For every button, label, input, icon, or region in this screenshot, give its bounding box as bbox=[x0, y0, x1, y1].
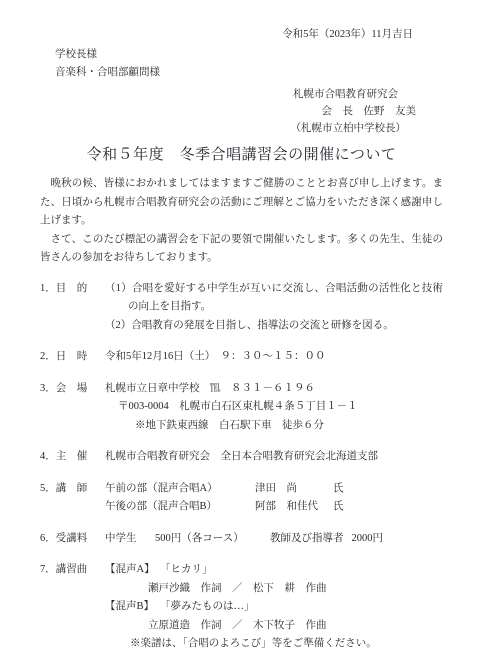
item-organizer-value: 札幌市合唱教育研究会 全日本合唱教育研究会北海道支部 bbox=[105, 448, 443, 467]
item-venue-label: 3．会 場 bbox=[40, 380, 105, 436]
lecturer-name: 阿部 和佳代 bbox=[255, 498, 333, 517]
lecturer-row-morning: 午前の部（混声合唱A） 津田 尚 氏 bbox=[105, 480, 443, 499]
greeting-paragraph-1: 晩秋の候、皆様におかれましてはますますご健勝のこととお喜び申し上げます。また、日… bbox=[40, 175, 443, 231]
lecturer-honorific: 氏 bbox=[333, 480, 344, 499]
piece-group: 【混声B】 bbox=[105, 598, 160, 617]
lecturer-honorific: 氏 bbox=[333, 498, 344, 517]
piece-title: 「夢みたものは…」 bbox=[160, 598, 255, 617]
item-repertoire: 7．講習曲 【混声A】 「ヒカリ」 瀬戸沙織 作詞 ／ 松下 耕 作曲 【混声B… bbox=[40, 561, 443, 650]
venue-address: 〒003-0004 札幌市白石区東札幌４条５丁目１－１ bbox=[118, 398, 443, 417]
item-organizer: 4．主 催 札幌市合唱教育研究会 全日本合唱教育研究会北海道支部 bbox=[40, 448, 443, 467]
item-repertoire-body: 【混声A】 「ヒカリ」 瀬戸沙織 作詞 ／ 松下 耕 作曲 【混声B】 「夢みた… bbox=[105, 561, 443, 650]
item-lecturers-body: 午前の部（混声合唱A） 津田 尚 氏 午後の部（混声合唱B） 阿部 和佳代 氏 bbox=[105, 480, 443, 517]
item-purpose-label: 1．目 的 bbox=[40, 280, 105, 336]
fee-teacher-label: 教師及び指導者 bbox=[270, 530, 344, 549]
fee-student-label: 中学生 bbox=[105, 530, 155, 549]
piece-row-mixed-b: 【混声B】 「夢みたものは…」 bbox=[105, 598, 443, 617]
piece-row-mixed-a: 【混声A】 「ヒカリ」 bbox=[105, 561, 443, 580]
addressee-music-advisor: 音楽科・合唱部顧問様 bbox=[55, 64, 443, 82]
item-purpose-body: （1）合唱を愛好する中学生が互いに交流し、合唱活動の活性化と技術の向上を目指す。… bbox=[105, 280, 443, 336]
document-page: 令和5年（2023年）11月吉日 学校長様 音楽科・合唱部顧問様 札幌市合唱教育… bbox=[0, 0, 480, 650]
purpose-point-2: （2）合唱教育の発展を目指し、指導法の交流と研修を図る。 bbox=[105, 317, 443, 336]
lecturer-session: 午前の部（混声合唱A） bbox=[105, 480, 255, 499]
greeting-paragraph-2: さて、このたび標記の講習会を下記の要領で開催いたします。多くの先生、生徒の皆さん… bbox=[40, 231, 443, 268]
document-title: 令和５年度 冬季合唱講習会の開催について bbox=[40, 145, 443, 165]
item-datetime-label: 2．日 時 bbox=[40, 348, 105, 367]
fee-teacher-amount: 2000円 bbox=[352, 530, 384, 549]
addressee-principal: 学校長様 bbox=[55, 46, 443, 64]
venue-name: 札幌市立日章中学校 ℡ ８３１－６１９６ bbox=[105, 380, 443, 399]
piece-credits: 立原道造 作詞 ／ 木下牧子 作曲 bbox=[148, 617, 443, 636]
addressee-block: 学校長様 音楽科・合唱部顧問様 bbox=[55, 46, 443, 82]
item-repertoire-label: 7．講習曲 bbox=[40, 561, 105, 650]
item-venue-body: 札幌市立日章中学校 ℡ ８３１－６１９６ 〒003-0004 札幌市白石区東札幌… bbox=[105, 380, 443, 436]
piece-group: 【混声A】 bbox=[105, 561, 160, 580]
sender-president-title: （札幌市立柏中学校長） bbox=[40, 120, 406, 137]
venue-access-note: ※地下鉄東西線 白石駅下車 徒歩６分 bbox=[135, 417, 443, 436]
score-preparation-note: ※楽譜は、「合唱のよろこび」等をご準備ください。 bbox=[130, 635, 443, 650]
item-venue: 3．会 場 札幌市立日章中学校 ℡ ８３１－６１９６ 〒003-0004 札幌市… bbox=[40, 380, 443, 436]
item-datetime: 2．日 時 令和5年12月16日（土） ９：３０～１５：００ bbox=[40, 348, 443, 367]
lecturer-name: 津田 尚 bbox=[255, 480, 333, 499]
item-lecturers-label: 5．講 師 bbox=[40, 480, 105, 517]
sender-organization: 札幌市合唱教育研究会 bbox=[40, 86, 398, 103]
fee-student-amount: 500円（各コース） bbox=[155, 530, 270, 549]
lecturer-row-afternoon: 午後の部（混声合唱B） 阿部 和佳代 氏 bbox=[105, 498, 443, 517]
sender-president: 会 長 佐野 友美 bbox=[40, 103, 416, 120]
item-organizer-label: 4．主 催 bbox=[40, 448, 105, 467]
item-datetime-value: 令和5年12月16日（土） ９：３０～１５：００ bbox=[105, 348, 443, 367]
piece-credits: 瀬戸沙織 作詞 ／ 松下 耕 作曲 bbox=[148, 580, 443, 599]
item-fee-label: 6．受講料 bbox=[40, 530, 105, 549]
sender-block: 札幌市合唱教育研究会 会 長 佐野 友美 （札幌市立柏中学校長） bbox=[40, 86, 443, 137]
item-purpose: 1．目 的 （1）合唱を愛好する中学生が互いに交流し、合唱活動の活性化と技術の向… bbox=[40, 280, 443, 336]
lecturer-session: 午後の部（混声合唱B） bbox=[105, 498, 255, 517]
item-fee-body: 中学生 500円（各コース） 教師及び指導者 2000円 bbox=[105, 530, 443, 549]
purpose-point-1: （1）合唱を愛好する中学生が互いに交流し、合唱活動の活性化と技術の向上を目指す。 bbox=[105, 280, 443, 317]
document-date: 令和5年（2023年）11月吉日 bbox=[40, 26, 413, 44]
item-lecturers: 5．講 師 午前の部（混声合唱A） 津田 尚 氏 午後の部（混声合唱B） 阿部 … bbox=[40, 480, 443, 517]
item-fee: 6．受講料 中学生 500円（各コース） 教師及び指導者 2000円 bbox=[40, 530, 443, 549]
piece-title: 「ヒカリ」 bbox=[160, 561, 213, 580]
